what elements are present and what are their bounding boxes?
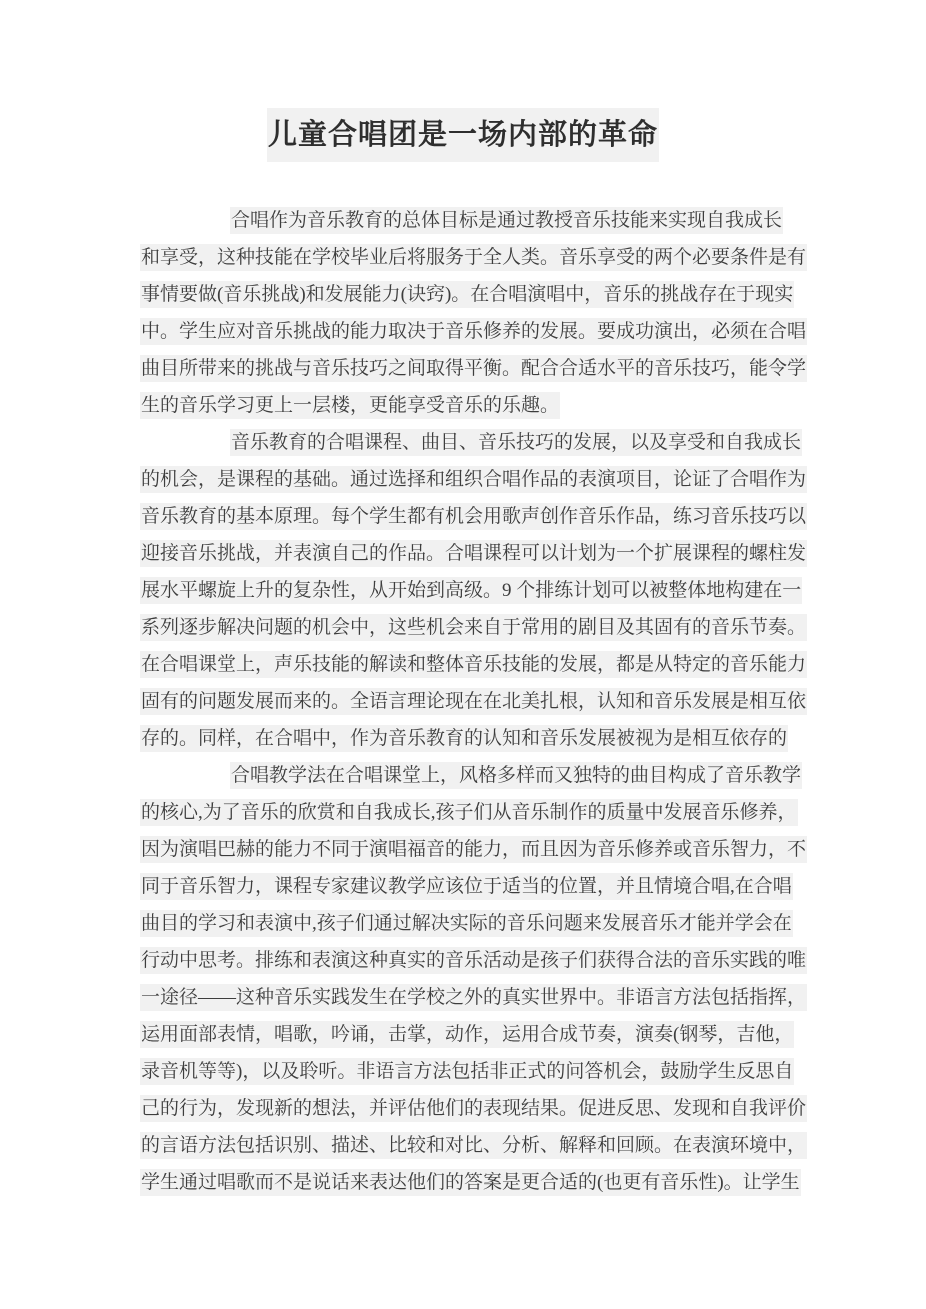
text-line: 的机会，是课程的基础。通过选择和组织合唱作品的表演项目，论证了合唱作为: [140, 461, 926, 498]
document-body: 合唱作为音乐教育的总体目标是通过教授音乐技能来实现自我成长和享受，这种技能在学校…: [140, 202, 926, 1201]
text-line-highlight: 运用面部表情，唱歌，吟诵，击掌，动作，运用合成节奏，演奏(钢琴，吉他，: [140, 1021, 794, 1048]
document-title: 儿童合唱团是一场内部的革命: [267, 108, 659, 162]
text-line: 音乐教育的合唱课程、曲目、音乐技巧的发展，以及享受和自我成长: [140, 424, 926, 461]
text-line: 运用面部表情，唱歌，吟诵，击掌，动作，运用合成节奏，演奏(钢琴，吉他，: [140, 1016, 926, 1053]
text-line: 系列逐步解决问题的机会中，这些机会来自于常用的剧目及其固有的音乐节奏。: [140, 609, 926, 646]
text-line-highlight: 因为演唱巴赫的能力不同于演唱福音的能力，而且因为音乐修养或音乐智力，不: [140, 836, 807, 863]
text-line-highlight: 生的音乐学习更上一层楼，更能享受音乐的乐趣。: [140, 392, 560, 419]
text-line: 音乐教育的基本原理。每个学生都有机会用歌声创作音乐作品，练习音乐技巧以: [140, 498, 926, 535]
text-line: 合唱作为音乐教育的总体目标是通过教授音乐技能来实现自我成长: [140, 202, 926, 239]
text-line: 固有的问题发展而来的。全语言理论现在在北美扎根，认知和音乐发展是相互依: [140, 683, 926, 720]
text-line: 生的音乐学习更上一层楼，更能享受音乐的乐趣。: [140, 387, 926, 424]
text-line-highlight: 系列逐步解决问题的机会中，这些机会来自于常用的剧目及其固有的音乐节奏。: [140, 614, 807, 641]
text-line: 迎接音乐挑战，并表演自己的作品。合唱课程可以计划为一个扩展课程的螺柱发: [140, 535, 926, 572]
text-line: 和享受，这种技能在学校毕业后将服务于全人类。音乐享受的两个必要条件是有: [140, 239, 926, 276]
title-row: 儿童合唱团是一场内部的革命: [0, 0, 926, 162]
text-line: 展水平螺旋上升的复杂性，从开始到高级。9 个排练计划可以被整体地构建在一: [140, 572, 926, 609]
text-line-highlight: 曲目所带来的挑战与音乐技巧之间取得平衡。配合合适水平的音乐技巧，能令学: [140, 355, 807, 382]
text-line-highlight: 固有的问题发展而来的。全语言理论现在在北美扎根，认知和音乐发展是相互依: [140, 688, 807, 715]
text-line-highlight: 同于音乐智力，课程专家建议教学应该位于适当的位置，并且情境合唱,在合唱: [140, 873, 793, 900]
text-line-highlight: 录音机等等)，以及聆听。非语言方法包括非正式的问答机会，鼓励学生反思自: [140, 1058, 794, 1085]
text-line-highlight: 展水平螺旋上升的复杂性，从开始到高级。9 个排练计划可以被整体地构建在一: [140, 577, 802, 604]
text-line: 同于音乐智力，课程专家建议教学应该位于适当的位置，并且情境合唱,在合唱: [140, 868, 926, 905]
text-line-highlight: 一途径——这种音乐实践发生在学校之外的真实世界中。非语言方法包括指挥，: [140, 984, 807, 1011]
document-page: 儿童合唱团是一场内部的革命 合唱作为音乐教育的总体目标是通过教授音乐技能来实现自…: [0, 0, 926, 1309]
text-line: 的核心,为了音乐的欣赏和自我成长,孩子们从音乐制作的质量中发展音乐修养，: [140, 794, 926, 831]
text-line: 因为演唱巴赫的能力不同于演唱福音的能力，而且因为音乐修养或音乐智力，不: [140, 831, 926, 868]
text-line: 合唱教学法在合唱课堂上，风格多样而又独特的曲目构成了音乐教学: [140, 757, 926, 794]
text-line-highlight: 己的行为，发现新的想法，并评估他们的表现结果。促进反思、发现和自我评价: [140, 1095, 807, 1122]
text-line-highlight: 的机会，是课程的基础。通过选择和组织合唱作品的表演项目，论证了合唱作为: [140, 466, 807, 493]
text-line-highlight: 的言语方法包括识别、描述、比较和对比、分析、解释和回顾。在表演环境中，: [140, 1132, 807, 1159]
text-line-highlight: 行动中思考。排练和表演这种真实的音乐活动是孩子们获得合法的音乐实践的唯: [140, 947, 807, 974]
text-line-highlight: 的核心,为了音乐的欣赏和自我成长,孩子们从音乐制作的质量中发展音乐修养，: [140, 799, 798, 826]
text-line: 事情要做(音乐挑战)和发展能力(诀窍)。在合唱演唱中，音乐的挑战存在于现实: [140, 276, 926, 313]
text-line-highlight: 音乐教育的基本原理。每个学生都有机会用歌声创作音乐作品，练习音乐技巧以: [140, 503, 807, 530]
text-line-highlight: 合唱教学法在合唱课堂上，风格多样而又独特的曲目构成了音乐教学: [230, 762, 802, 789]
text-line: 一途径——这种音乐实践发生在学校之外的真实世界中。非语言方法包括指挥，: [140, 979, 926, 1016]
text-line-highlight: 中。学生应对音乐挑战的能力取决于音乐修养的发展。要成功演出，必须在合唱: [140, 318, 807, 345]
text-line: 曲目的学习和表演中,孩子们通过解决实际的音乐问题来发展音乐才能并学会在: [140, 905, 926, 942]
text-line-highlight: 存的。同样，在合唱中，作为音乐教育的认知和音乐发展被视为是相互依存的: [140, 725, 788, 752]
text-line: 曲目所带来的挑战与音乐技巧之间取得平衡。配合合适水平的音乐技巧，能令学: [140, 350, 926, 387]
text-line-highlight: 合唱作为音乐教育的总体目标是通过教授音乐技能来实现自我成长: [230, 207, 783, 234]
text-line-highlight: 曲目的学习和表演中,孩子们通过解决实际的音乐问题来发展音乐才能并学会在: [140, 910, 793, 937]
text-line-highlight: 在合唱课堂上，声乐技能的解读和整体音乐技能的发展，都是从特定的音乐能力: [140, 651, 807, 678]
text-line: 存的。同样，在合唱中，作为音乐教育的认知和音乐发展被视为是相互依存的: [140, 720, 926, 757]
text-line: 己的行为，发现新的想法，并评估他们的表现结果。促进反思、发现和自我评价: [140, 1090, 926, 1127]
text-line-highlight: 迎接音乐挑战，并表演自己的作品。合唱课程可以计划为一个扩展课程的螺柱发: [140, 540, 807, 567]
text-line-highlight: 学生通过唱歌而不是说话来表达他们的答案是更合适的(也更有音乐性)。让学生: [140, 1169, 801, 1196]
text-line: 行动中思考。排练和表演这种真实的音乐活动是孩子们获得合法的音乐实践的唯: [140, 942, 926, 979]
text-line-highlight: 事情要做(音乐挑战)和发展能力(诀窍)。在合唱演唱中，音乐的挑战存在于现实: [140, 281, 794, 308]
text-line-highlight: 和享受，这种技能在学校毕业后将服务于全人类。音乐享受的两个必要条件是有: [140, 244, 807, 271]
text-line: 录音机等等)，以及聆听。非语言方法包括非正式的问答机会，鼓励学生反思自: [140, 1053, 926, 1090]
text-line: 在合唱课堂上，声乐技能的解读和整体音乐技能的发展，都是从特定的音乐能力: [140, 646, 926, 683]
text-line: 学生通过唱歌而不是说话来表达他们的答案是更合适的(也更有音乐性)。让学生: [140, 1164, 926, 1201]
text-line: 中。学生应对音乐挑战的能力取决于音乐修养的发展。要成功演出，必须在合唱: [140, 313, 926, 350]
text-line-highlight: 音乐教育的合唱课程、曲目、音乐技巧的发展，以及享受和自我成长: [230, 429, 802, 456]
text-line: 的言语方法包括识别、描述、比较和对比、分析、解释和回顾。在表演环境中，: [140, 1127, 926, 1164]
